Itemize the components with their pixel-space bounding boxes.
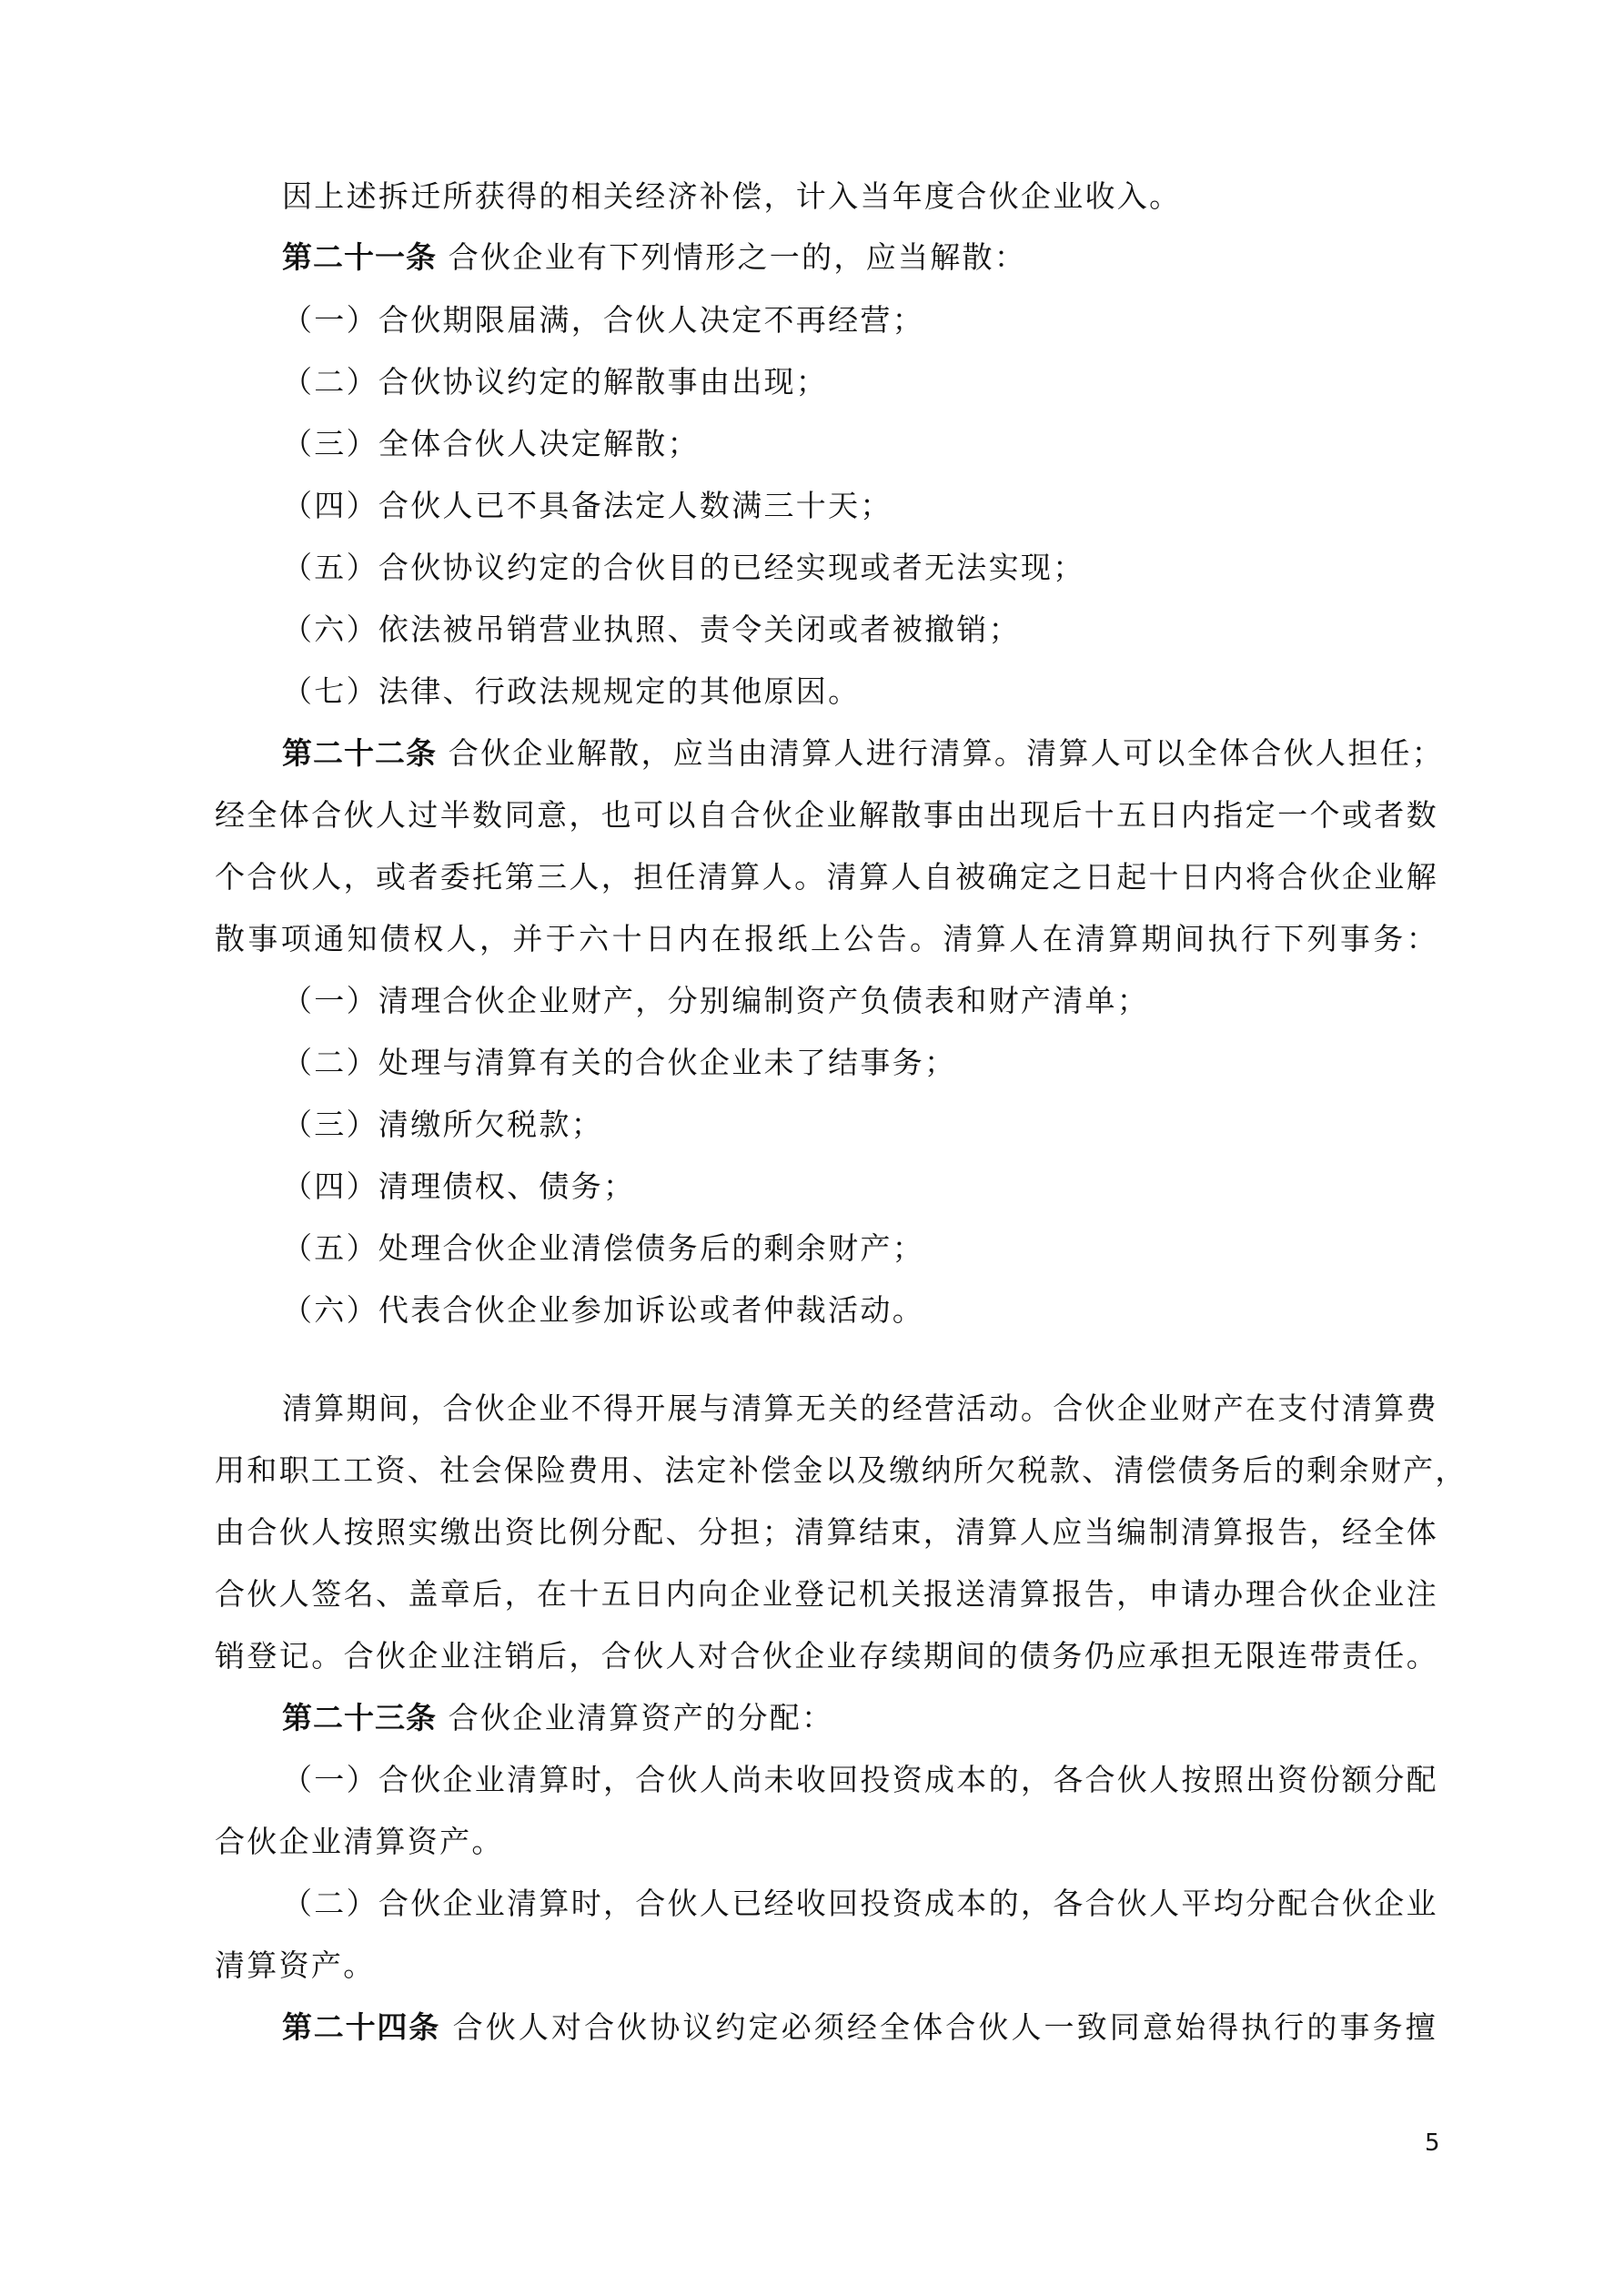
article-number: 第二十一条 — [282, 239, 437, 275]
paragraph-line: 因上述拆迁所获得的相关经济补偿，计入当年度合伙企业收入。 — [282, 178, 1181, 215]
line-text: 用和职工工资、社会保险费用、法定补偿金以及缴纳所欠税款、清偿债务后的剩余财产， — [215, 1452, 1468, 1488]
list-item: （五）合伙协议约定的合伙目的已经实现或者无法实现； — [282, 550, 1085, 586]
paragraph-line: 经全体合伙人过半数同意，也可以自合伙企业解散事由出现后十五日内指定一个或者数 — [215, 797, 1438, 834]
page-number: 5 — [1425, 2129, 1440, 2157]
article-number: 第二十三条 — [282, 1700, 437, 1735]
line-text: 合伙企业清算资产。 — [215, 1824, 504, 1859]
list-item: （四）清理债权、债务； — [282, 1168, 635, 1205]
line-text: （四）清理债权、债务； — [282, 1168, 635, 1204]
line-text: （四）合伙人已不具备法定人数满三十天； — [282, 488, 893, 523]
paragraph-line: 清算资产。 — [215, 1947, 376, 1984]
line-text: （一）合伙期限届满，合伙人决定不再经营； — [282, 302, 924, 338]
article-24-heading: 第二十四条 合伙人对合伙协议约定必须经全体合伙人一致同意始得执行的事务擅 — [282, 2009, 1437, 2046]
line-text: （五）处理合伙企业清偿债务后的剩余财产； — [282, 1230, 924, 1266]
list-item: （二）合伙企业清算时，合伙人已经收回投资成本的，各合伙人平均分配合伙企业 — [282, 1886, 1437, 1922]
list-item: （一）合伙企业清算时，合伙人尚未收回投资成本的，各合伙人按照出资份额分配 — [282, 1762, 1437, 1798]
article-23-heading: 第二十三条 合伙企业清算资产的分配： — [282, 1700, 833, 1736]
line-text: （一）清理合伙企业财产，分别编制资产负债表和财产清单； — [282, 983, 1149, 1018]
line-text: 个合伙人，或者委托第三人，担任清算人。清算人自被确定之日起十日内将合伙企业解 — [215, 859, 1438, 895]
line-text: （一）合伙企业清算时，合伙人尚未收回投资成本的，各合伙人按照出资份额分配 — [282, 1762, 1438, 1797]
line-text: 清算期间，合伙企业不得开展与清算无关的经营活动。合伙企业财产在支付清算费 — [282, 1391, 1438, 1426]
list-item: （一）清理合伙企业财产，分别编制资产负债表和财产清单； — [282, 983, 1149, 1019]
paragraph-line: 清算期间，合伙企业不得开展与清算无关的经营活动。合伙企业财产在支付清算费 — [282, 1391, 1437, 1427]
list-item: （五）处理合伙企业清偿债务后的剩余财产； — [282, 1230, 924, 1267]
article-number: 第二十四条 — [282, 2009, 440, 2045]
paragraph-line: 散事项通知债权人，并于六十日内在报纸上公告。清算人在清算期间执行下列事务： — [215, 921, 1438, 957]
list-item: （一）合伙期限届满，合伙人决定不再经营； — [282, 302, 924, 339]
line-text: （五）合伙协议约定的合伙目的已经实现或者无法实现； — [282, 550, 1085, 585]
list-item: （二）合伙协议约定的解散事由出现； — [282, 364, 828, 400]
list-item: （四）合伙人已不具备法定人数满三十天； — [282, 488, 893, 524]
article-22-heading: 第二十二条 合伙企业解散，应当由清算人进行清算。清算人可以全体合伙人担任； — [282, 735, 1437, 772]
line-text: （七）法律、行政法规规定的其他原因。 — [282, 673, 860, 709]
paragraph-line: 合伙人签名、盖章后，在十五日内向企业登记机关报送清算报告，申请办理合伙企业注 — [215, 1576, 1438, 1613]
line-text: 销登记。合伙企业注销后，合伙人对合伙企业存续期间的债务仍应承担无限连带责任。 — [215, 1638, 1438, 1674]
line-text: （六）依法被吊销营业执照、责令关闭或者被撤销； — [282, 612, 1021, 647]
line-text: 合伙企业清算资产的分配： — [449, 1700, 834, 1735]
line-text: 由合伙人按照实缴出资比例分配、分担；清算结束，清算人应当编制清算报告，经全体 — [215, 1514, 1438, 1550]
list-item: （六）代表合伙企业参加诉讼或者仲裁活动。 — [282, 1292, 924, 1329]
paragraph-line: 用和职工工资、社会保险费用、法定补偿金以及缴纳所欠税款、清偿债务后的剩余财产， — [215, 1452, 1438, 1489]
paragraph-line: 个合伙人，或者委托第三人，担任清算人。清算人自被确定之日起十日内将合伙企业解 — [215, 859, 1438, 895]
list-item: （三）清缴所欠税款； — [282, 1107, 603, 1143]
line-text: 散事项通知债权人，并于六十日内在报纸上公告。清算人在清算期间执行下列事务： — [215, 921, 1438, 956]
line-text: 合伙企业有下列情形之一的，应当解散： — [449, 239, 1026, 275]
article-21-heading: 第二十一条 合伙企业有下列情形之一的，应当解散： — [282, 239, 1026, 276]
paragraph-line: 由合伙人按照实缴出资比例分配、分担；清算结束，清算人应当编制清算报告，经全体 — [215, 1514, 1438, 1551]
line-text: （二）合伙企业清算时，合伙人已经收回投资成本的，各合伙人平均分配合伙企业 — [282, 1886, 1438, 1921]
list-item: （六）依法被吊销营业执照、责令关闭或者被撤销； — [282, 612, 1021, 648]
paragraph-line: 销登记。合伙企业注销后，合伙人对合伙企业存续期间的债务仍应承担无限连带责任。 — [215, 1638, 1438, 1674]
line-text: （二）处理与清算有关的合伙企业未了结事务； — [282, 1045, 956, 1080]
list-item: （二）处理与清算有关的合伙企业未了结事务； — [282, 1045, 956, 1081]
list-item: （七）法律、行政法规规定的其他原因。 — [282, 673, 860, 710]
document-page: 因上述拆迁所获得的相关经济补偿，计入当年度合伙企业收入。 第二十一条 合伙企业有… — [0, 0, 1624, 2296]
line-text: （三）清缴所欠税款； — [282, 1107, 603, 1142]
line-text: 经全体合伙人过半数同意，也可以自合伙企业解散事由出现后十五日内指定一个或者数 — [215, 797, 1438, 833]
paragraph-line: 合伙企业清算资产。 — [215, 1824, 504, 1860]
line-text: （六）代表合伙企业参加诉讼或者仲裁活动。 — [282, 1292, 924, 1328]
line-text: 合伙人签名、盖章后，在十五日内向企业登记机关报送清算报告，申请办理合伙企业注 — [215, 1576, 1438, 1612]
article-number: 第二十二条 — [282, 735, 437, 771]
line-text: 清算资产。 — [215, 1947, 376, 1983]
list-item: （三）全体合伙人决定解散； — [282, 426, 700, 462]
line-text: 合伙企业解散，应当由清算人进行清算。清算人可以全体合伙人担任； — [449, 735, 1444, 771]
line-text: （二）合伙协议约定的解散事由出现； — [282, 364, 828, 400]
line-text: 合伙人对合伙协议约定必须经全体合伙人一致同意始得执行的事务擅 — [453, 2009, 1437, 2045]
line-text: 因上述拆迁所获得的相关经济补偿，计入当年度合伙企业收入。 — [282, 178, 1181, 214]
line-text: （三）全体合伙人决定解散； — [282, 426, 700, 461]
